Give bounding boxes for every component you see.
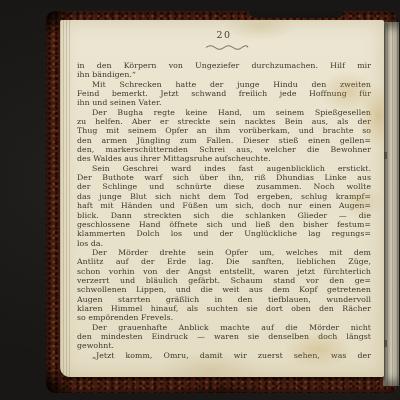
text-line: Thug mit seinem Opfer an ihm vorüberkam,… [77, 126, 371, 135]
text-line: klaren Himmel hinauf, als suchten sie do… [77, 304, 371, 313]
page-stack-edge [383, 22, 399, 386]
text-line: zu helfen. Aber er streckte sein nacktes… [77, 117, 371, 126]
text-line: Mit Schrecken hatte der junge Hindu den … [77, 80, 371, 89]
text-line: haft mit Händen und Füßen um sich, doch … [77, 201, 371, 210]
text-line: klammerten Dolch los und der Unglücklich… [77, 229, 371, 238]
text-line: das junge Blut sich nicht dem Tod ergebe… [77, 192, 371, 201]
cover-notch [249, 11, 343, 18]
text-line: „Jetzt komm, Omru, damit wir zuerst sehe… [77, 351, 371, 360]
text-line: verzerrt und bläulich gefärbt. Schaum st… [77, 276, 371, 285]
page-number-underline [205, 44, 249, 50]
text-line: Sein Geschrei ward indes fast augenblick… [77, 164, 371, 173]
text-line: ihn bändigen.“ [77, 70, 371, 79]
text-line: Feind bemerkt. Jetzt schwand freilich je… [77, 89, 371, 98]
text-line: Der grauenhafte Anblick machte auf die M… [77, 323, 371, 332]
text-line: blick. Dann streckten sich die schlanken… [77, 211, 371, 220]
text-line: des Waldes aus ihrer Mittagsruhe aufsche… [77, 154, 371, 163]
text-line: den armen Jüngling zum Fallen. Dieser st… [77, 136, 371, 145]
text-line: schwollenen Lippen, und die weit aus dem… [77, 285, 371, 294]
book-scan: 20 in den Körpern von Ungeziefer durchzu… [0, 0, 400, 400]
text-line: Antlitz auf der Erde lag. Die sanften, l… [77, 257, 371, 266]
text-line: den mindesten Eindruck — waren sie dense… [77, 332, 371, 341]
text-line: Der Bugha regte keine Hand, um seinem Sp… [77, 108, 371, 117]
text-line: gewohnt. [77, 341, 371, 350]
text-line: in den Körpern von Ungeziefer durchzumac… [77, 61, 371, 70]
text-line: der Schlinge und schnürte diese zusammen… [77, 182, 371, 191]
page-number: 20 [77, 30, 371, 41]
text-block: in den Körpern von Ungeziefer durchzumac… [77, 61, 371, 360]
text-line: Der Mörder drehte sein Opfer um, welches… [77, 248, 371, 257]
text-line: Der Buthote warf sich über ihn, riß Dhun… [77, 173, 371, 182]
text-line: den, markerschütternden Schrei aus, welc… [77, 145, 371, 154]
text-line: ihn und seinen Vater. [77, 98, 371, 107]
text-line: Augen starrten gräßlich in den tiefblaue… [77, 295, 371, 304]
text-line: los da. [77, 239, 371, 248]
book-page: 20 in den Körpern von Ungeziefer durchzu… [60, 20, 384, 377]
text-line: geschlossene Hand öffnete sich und ließ … [77, 220, 371, 229]
text-line: so empörenden Frevels. [77, 313, 371, 322]
text-line: schon vorhin von der Angst entstellt, wa… [77, 267, 371, 276]
